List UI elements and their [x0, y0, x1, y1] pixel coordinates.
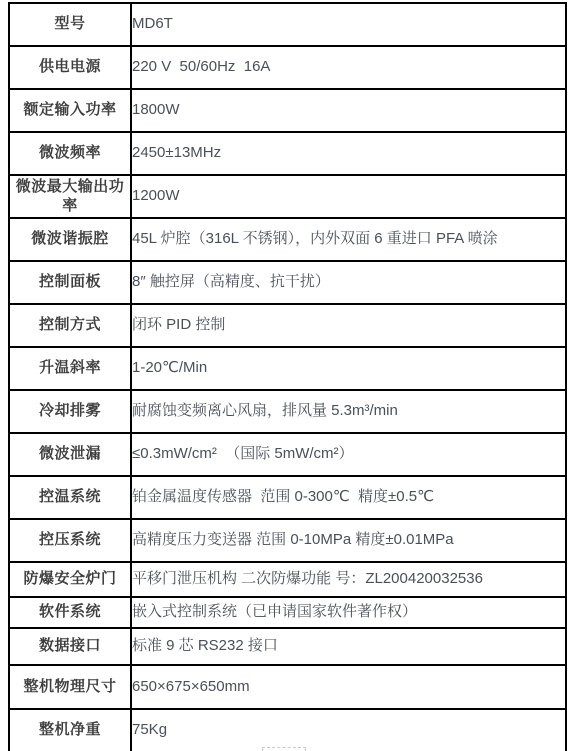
spec-value: 2450±13MHz [131, 132, 566, 175]
spec-value: MD6T [131, 3, 566, 46]
row-net-weight: 整机净重 75Kg [9, 709, 566, 751]
spec-label: 升温斜率 [9, 347, 131, 390]
row-rated-input-power: 额定输入功率 1800W [9, 89, 566, 132]
spec-value: 1200W [131, 175, 566, 218]
spec-label: 微波频率 [9, 132, 131, 175]
row-control-panel: 控制面板 8″ 触控屏（高精度、抗干扰） [9, 261, 566, 304]
spec-label: 控压系统 [9, 519, 131, 562]
spec-label: 防爆安全炉门 [9, 562, 131, 597]
row-data-interface: 数据接口 标准 9 芯 RS232 接口 [9, 628, 566, 665]
spec-label: 型号 [9, 3, 131, 46]
row-explosion-proof-door: 防爆安全炉门 平移门泄压机构 二次防爆功能 号：ZL200420032536 [9, 562, 566, 597]
spec-sheet-page: 型号 MD6T 供电电源 220 V 50/60Hz 16A 额定输入功率 18… [0, 0, 571, 751]
row-temperature-control: 控温系统 铂金属温度传感器 范围 0-300℃ 精度±0.5℃ [9, 476, 566, 519]
spec-value: 8″ 触控屏（高精度、抗干扰） [131, 261, 566, 304]
spec-label: 控温系统 [9, 476, 131, 519]
spec-table: 型号 MD6T 供电电源 220 V 50/60Hz 16A 额定输入功率 18… [8, 2, 567, 751]
row-resonant-cavity: 微波谐振腔 45L 炉腔（316L 不锈钢），内外双面 6 重进口 PFA 喷涂 [9, 218, 566, 261]
spec-label: 额定输入功率 [9, 89, 131, 132]
spec-label: 微波最大输出功率 [9, 175, 131, 218]
spec-label: 供电电源 [9, 46, 131, 89]
spec-value: 标准 9 芯 RS232 接口 [131, 628, 566, 665]
spec-value: 闭环 PID 控制 [131, 304, 566, 347]
row-power-supply: 供电电源 220 V 50/60Hz 16A [9, 46, 566, 89]
spec-value: 1800W [131, 89, 566, 132]
spec-value: 220 V 50/60Hz 16A [131, 46, 566, 89]
spec-value: 1-20℃/Min [131, 347, 566, 390]
spec-label: 控制面板 [9, 261, 131, 304]
spec-value: 高精度压力变送器 范围 0-10MPa 精度±0.01MPa [131, 519, 566, 562]
spec-label: 整机净重 [9, 709, 131, 751]
cropped-dashed-box [262, 747, 306, 751]
spec-value: 嵌入式控制系统（已申请国家软件著作权） [131, 597, 566, 628]
row-pressure-control: 控压系统 高精度压力变送器 范围 0-10MPa 精度±0.01MPa [9, 519, 566, 562]
row-heating-rate: 升温斜率 1-20℃/Min [9, 347, 566, 390]
spec-value: 45L 炉腔（316L 不锈钢），内外双面 6 重进口 PFA 喷涂 [131, 218, 566, 261]
spec-label: 微波泄漏 [9, 433, 131, 476]
spec-value: 平移门泄压机构 二次防爆功能 号：ZL200420032536 [131, 562, 566, 597]
row-software-system: 软件系统 嵌入式控制系统（已申请国家软件著作权） [9, 597, 566, 628]
row-max-output-power: 微波最大输出功率 1200W [9, 175, 566, 218]
spec-label: 控制方式 [9, 304, 131, 347]
row-model: 型号 MD6T [9, 3, 566, 46]
spec-label: 微波谐振腔 [9, 218, 131, 261]
row-cooling-exhaust: 冷却排雾 耐腐蚀变频离心风扇，排风量 5.3m³/min [9, 390, 566, 433]
row-control-mode: 控制方式 闭环 PID 控制 [9, 304, 566, 347]
spec-label: 冷却排雾 [9, 390, 131, 433]
row-microwave-leakage: 微波泄漏 ≤0.3mW/cm² （国际 5mW/cm²） [9, 433, 566, 476]
spec-value: 75Kg [131, 709, 566, 751]
row-dimensions: 整机物理尺寸 650×675×650mm [9, 665, 566, 709]
spec-label: 数据接口 [9, 628, 131, 665]
spec-value: 650×675×650mm [131, 665, 566, 709]
spec-value: 耐腐蚀变频离心风扇，排风量 5.3m³/min [131, 390, 566, 433]
spec-label: 整机物理尺寸 [9, 665, 131, 709]
spec-value: 铂金属温度传感器 范围 0-300℃ 精度±0.5℃ [131, 476, 566, 519]
spec-label: 软件系统 [9, 597, 131, 628]
spec-value: ≤0.3mW/cm² （国际 5mW/cm²） [131, 433, 566, 476]
row-microwave-frequency: 微波频率 2450±13MHz [9, 132, 566, 175]
